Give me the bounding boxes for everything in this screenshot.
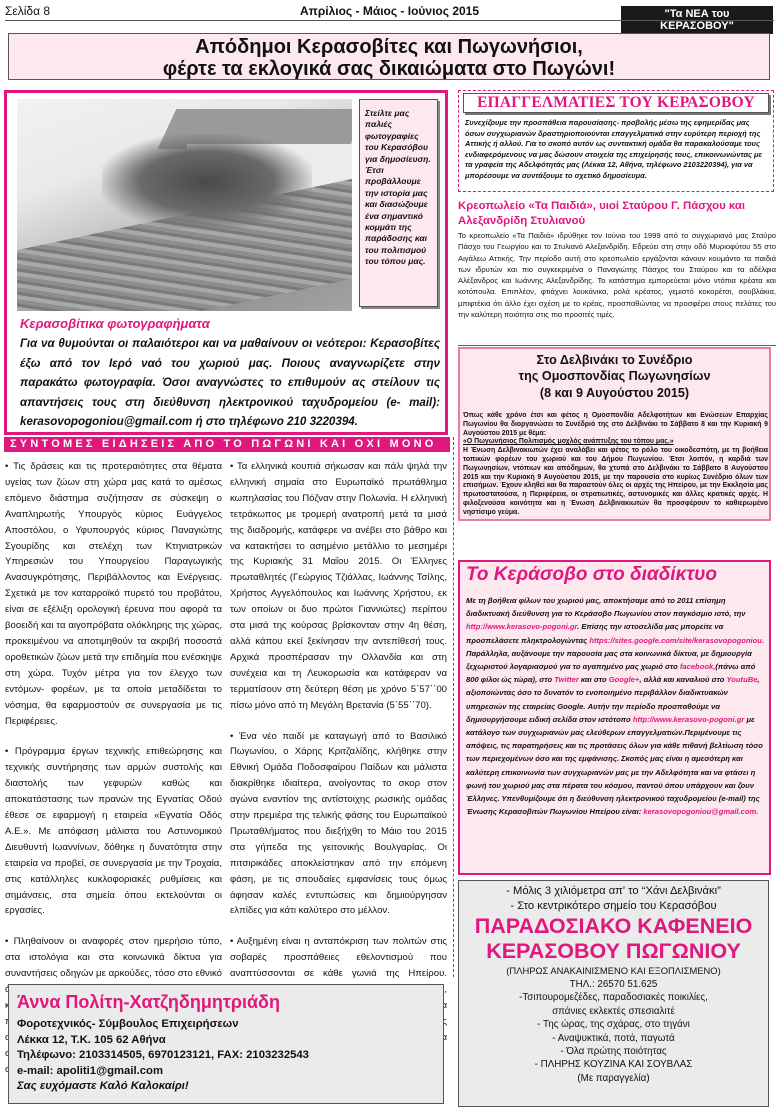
photo-article-title: Κερασοβίτικα φωτογραφήματα xyxy=(20,316,210,331)
google-sites-link[interactable]: https://sites.google.com/site/kerasovopo… xyxy=(589,636,764,645)
cafe-intro-2: - Στο κεντρικότερο σημείο του Κερασόβου xyxy=(459,899,768,914)
photo-article-text: Για να θυμούνται οι παλαιότεροι και να μ… xyxy=(20,334,440,432)
cafe-phone: ΤΗΛ.: 26570 51.625 xyxy=(459,978,768,991)
headline-line-1: Απόδημοι Κερασοβίτες και Πωγωνήσιοι, xyxy=(9,36,769,58)
congress-title: Στο Δελβινάκι το Συνέδριο της Ομοσπονδία… xyxy=(458,352,771,401)
youtube-link[interactable]: YoutuBe xyxy=(726,675,757,684)
headline-line-2: φέρτε τα εκλογικά σας δικαιώματα στο Πωγ… xyxy=(9,58,769,80)
news-section-heading: ΣΥΝΤΟΜΕΣ ΕΙΔΗΣΕΙΣ ΑΠΟ ΤΟ ΠΩΓΩΝΙ ΚΑΙ ΟΧΙ … xyxy=(4,437,450,452)
cafe-subtitle: (ΠΛΗΡΩΣ ΑΝΑΚΑΙΝΙΣΜΕΝΟ ΚΑΙ ΕΞΟΠΛΙΣΜΕΝΟ) xyxy=(459,964,768,978)
congress-title-line-3: (8 και 9 Αυγούστου 2015) xyxy=(458,385,771,401)
photo-people-group xyxy=(102,134,312,229)
historic-group-photo xyxy=(17,99,352,311)
cafe-item: - Της ώρας, της σχάρας, στο τηγάνι xyxy=(459,1018,768,1031)
butcher-text: Το κρεοπωλείο «Τα Παιδιά» ιδρύθηκε τον Ι… xyxy=(458,230,776,320)
news-item: • Ένα νέο παιδί με καταγωγή από το Βασιλ… xyxy=(230,729,447,920)
butcher-title: Κρεοπωλείο «Τα Παιδιά», υιοί Σταύρου Γ. … xyxy=(458,199,776,229)
news-item: • Πρόγραμμα έργων τεχνικής επιθεώρησης κ… xyxy=(5,744,222,919)
congress-text: Όπως κάθε χρόνο έτσι και φέτος η Ομοσπον… xyxy=(463,412,768,518)
headline-banner: Απόδημοι Κερασοβίτες και Πωγωνήσιοι, φέρ… xyxy=(8,33,770,80)
professionals-heading: ΕΠΑΓΓΕΛΜΑΤΙΕΣ ΤΟΥ ΚΕΡΑΣΟΒΟΥ xyxy=(463,93,769,113)
ad-address: Λέκκα 12, Τ.Κ. 105 62 Αθήνα xyxy=(17,1033,435,1049)
facebook-link[interactable]: facebook, xyxy=(680,662,715,671)
congress-body: Η Ένωση Δελβινακιωτών έχει αναλάβει και … xyxy=(463,447,768,516)
header-rule xyxy=(5,20,774,21)
cafe-item: - Όλα πρώτης ποιότητας xyxy=(459,1045,768,1058)
ad-phones: Τηλέφωνο: 2103314505, 6970123121, FAX: 2… xyxy=(17,1048,435,1064)
congress-title-line-1: Στο Δελβινάκι το Συνέδριο xyxy=(458,352,771,368)
cafe-item: - ΠΛΗΡΗΣ ΚΟΥΖΙΝΑ ΚΑΙ ΣΟΥΒΛΑΣ xyxy=(459,1058,768,1071)
congress-intro: Όπως κάθε χρόνο έτσι και φέτος η Ομοσπον… xyxy=(463,412,768,437)
website-link[interactable]: http://www.kerasovo-pogoni.gr xyxy=(466,622,577,631)
cafe-item: σπάνιες εκλεκτές σπεσιαλιτέ xyxy=(459,1005,768,1018)
professionals-text: Συνεχίζουμε την προσπάθεια παρουσίασης- … xyxy=(465,118,770,182)
photo-side-note: Στείλτε μας παλιές φωτογραφίες του Κερασ… xyxy=(359,99,438,307)
column-divider xyxy=(453,437,454,977)
text-run: με κατάλογο των συγχωριανών μας ελεύθερω… xyxy=(466,715,763,816)
congress-title-line-2: της Ομοσπονδίας Πωγωνησίων xyxy=(458,368,771,384)
text-run: Με τη βοήθεια φίλων του χωριού μας, αποκ… xyxy=(466,596,745,618)
ad-role: Φοροτεχνικός- Σύμβουλος Επιχειρήσεων xyxy=(17,1017,435,1033)
cafe-ad: - Μόλις 3 χιλιόμετρα απ' το “Χάνι Δελβιν… xyxy=(458,880,769,1107)
google-plus-link[interactable]: Google+ xyxy=(609,675,640,684)
news-item: • Τα ελληνικά κουπιά σήκωσαν και πάλι ψη… xyxy=(230,459,447,714)
cafe-name-line-2: ΚΕΡΑΣΟΒΟΥ ΠΩΓΩΝΙΟΥ xyxy=(459,939,768,964)
twitter-link[interactable]: Twitter xyxy=(554,675,579,684)
news-item: • Τις δράσεις και τις προτεραιότητες στα… xyxy=(5,459,222,729)
accountant-ad: Άννα Πολίτη-Χατζηδημητριάδη Φοροτεχνικός… xyxy=(8,984,444,1104)
text-run: , αλλά και καναλιού στο xyxy=(639,675,726,684)
ad-email[interactable]: e-mail: apoliti1@gmail.com xyxy=(17,1064,435,1080)
ad-name: Άννα Πολίτη-Χατζηδημητριάδη xyxy=(17,991,435,1013)
cafe-item: -Τσιπουρομεζέδες, παραδοσιακές ποικιλίες… xyxy=(459,991,768,1004)
email-link[interactable]: kerasovopogoniou@gmail.com. xyxy=(643,807,758,816)
cafe-item: - Αναψυκτικά, ποτά, παγωτά xyxy=(459,1032,768,1045)
internet-text: Με τη βοήθεια φίλων του χωριού μας, αποκ… xyxy=(466,594,766,818)
text-run: και στο xyxy=(579,675,609,684)
ad-wish: Σας ευχόμαστε Καλό Καλοκαίρι! xyxy=(17,1079,435,1095)
cafe-name-line-1: ΠΑΡΑΔΟΣΙΑΚΟ ΚΑΦΕΝΕΙΟ xyxy=(459,914,768,939)
congress-theme: «Ο Πωγωνήσιος Πολιτισμός μοχλός ανάπτυξη… xyxy=(463,438,674,445)
cafe-intro-1: - Μόλις 3 χιλιόμετρα απ' το “Χάνι Δελβιν… xyxy=(459,884,768,899)
internet-title: Το Κεράσοβο στο διαδίκτυο xyxy=(466,562,717,588)
website-link-2[interactable]: http://www.kerasovo-pogoni.gr xyxy=(633,715,745,724)
section-rule xyxy=(458,345,776,346)
cafe-item: (Με παραγγελία) xyxy=(459,1072,768,1085)
